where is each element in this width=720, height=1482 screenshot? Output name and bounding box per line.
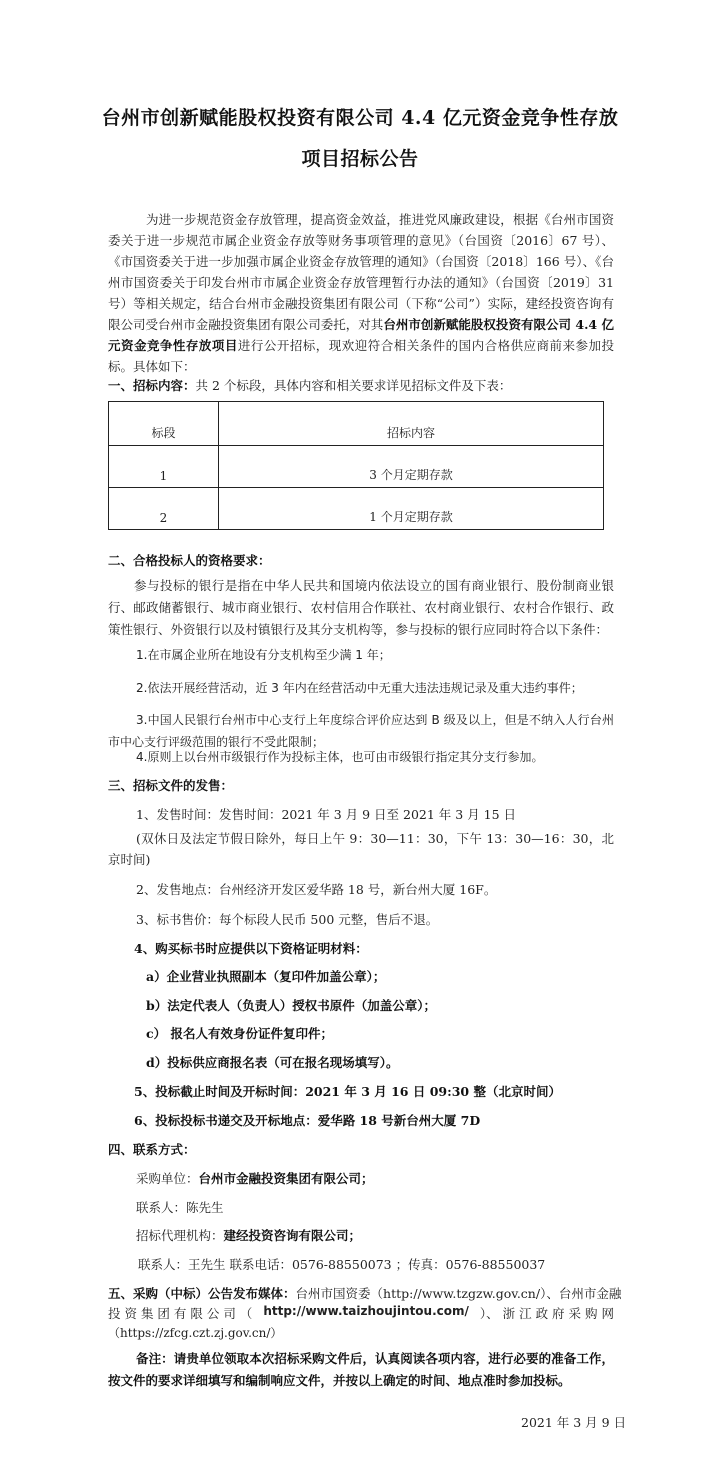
agent-contact: 联系人：王先生 联系电话：0576-88550073 ；传真：0576-8855…: [138, 1255, 545, 1273]
intro-paragraph: 为进一步规范资金存放管理，提高资金效益，推进党风廉政建设，根据《台州市国资委关于…: [108, 209, 614, 377]
table-row: 1 3 个月定期存款: [109, 446, 604, 488]
agent: 招标代理机构：建经投资咨询有限公司；: [136, 1226, 361, 1244]
sale-time: 1、发售时间：发售时间：2021 年 3 月 9 日至 2021 年 3 月 1…: [136, 805, 516, 823]
note-paragraph: 备注：请贵单位领取本次招标采购文件后，认真阅读各项内容，进行必要的准备工作，按文…: [108, 1348, 614, 1392]
title-line-1: 台州市创新赋能股权投资有限公司 4.4 亿元资金竞争性存放: [100, 103, 620, 130]
table-cell: 2: [109, 488, 219, 530]
media-text: ）、 浙 江 政 府 采 购 网: [480, 1304, 614, 1322]
title-line-2: 项目招标公告: [100, 144, 620, 171]
material-item: a）企业营业执照副本（复印件加盖公章）；: [146, 967, 385, 985]
section-5-line-1: 五、采购（中标）公告发布媒体：台州市国资委（http://www.tzgzw.g…: [108, 1284, 621, 1302]
intro-lead: 为进一步规范资金存放管理，提高资金效益，推进党风廉政建设，根据《台州市国资委关于…: [108, 212, 614, 332]
announcement-page: 台州市创新赋能股权投资有限公司 4.4 亿元资金竞争性存放 项目招标公告 为进一…: [0, 0, 720, 1482]
media-url-link[interactable]: http://www.taizhoujintou.com/: [263, 1304, 469, 1322]
section-4-heading: 四、联系方式：: [108, 1140, 196, 1158]
section-3-heading: 三、招标文件的发售：: [108, 776, 233, 794]
buyer-unit: 采购单位：台州市金融投资集团有限公司；: [136, 1169, 374, 1187]
table-header-row: 标段 招标内容: [109, 402, 604, 446]
table-cell: 3 个月定期存款: [219, 446, 604, 488]
section-1-heading: 一、招标内容：: [108, 378, 196, 393]
materials-heading: 4、购买标书时应提供以下资格证明材料：: [134, 939, 368, 957]
sale-place: 2、发售地点：台州经济开发区爱华路 18 号，新台州大厦 16F。: [136, 880, 496, 898]
material-item: c） 报名人有效身份证件复印件；: [146, 1024, 333, 1042]
requirement-item: 2.依法开展经营活动，近 3 年内在经营活动中无重大违法违规记录及重大违约事件；: [136, 679, 583, 696]
requirement-item: 1.在市属企业所在地设有分支机构至少满 1 年；: [136, 646, 391, 663]
table-row: 2 1 个月定期存款: [109, 488, 604, 530]
section-5-heading: 五、采购（中标）公告发布媒体：: [108, 1286, 296, 1301]
document-price: 3、标书售价：每个标段人民币 500 元整，售后不退。: [136, 910, 438, 928]
buyer-name: 台州市金融投资集团有限公司；: [199, 1171, 374, 1186]
requirement-item: 3.中国人民银行台州市中心支行上年度综合评价应达到 B 级及以上，但是不纳入人行…: [108, 709, 614, 753]
requirement-item: 4.原则上以台州市级银行作为投标主体，也可由市级银行指定其分支行参加。: [136, 748, 543, 765]
material-item: b）法定代表人（负责人）授权书原件（加盖公章）；: [146, 996, 436, 1014]
bid-deadline: 5、投标截止时间及开标时间：2021 年 3 月 16 日 09:30 整（北京…: [134, 1082, 561, 1100]
section-2-heading: 二、合格投标人的资格要求：: [108, 551, 271, 569]
media-list: 台州市国资委（http://www.tzgzw.gov.cn/）、台州市金融: [296, 1286, 622, 1301]
bid-location: 6、投标投标书递交及开标地点：爱华路 18 号新台州大厦 7D: [134, 1111, 480, 1129]
section-5-line-2: 投 资 集 团 有 限 公 司 （ http://www.taizhoujint…: [108, 1304, 614, 1322]
section-2-intro: 参与投标的银行是指在中华人民共和国境内依法设立的国有商业银行、股份制商业银行、邮…: [108, 575, 614, 641]
material-item: d）投标供应商报名表（可在报名现场填写）。: [146, 1053, 399, 1071]
sale-hours: (双休日及法定节假日除外，每日上午 9：30—11：30，下午 13：30—16…: [108, 828, 614, 870]
section-1-text: 共 2 个标段，具体内容和相关要求详见招标文件及下表：: [196, 378, 512, 393]
buyer-label: 采购单位：: [136, 1171, 199, 1186]
media-url-zfcg[interactable]: （https://zfcg.czt.zj.gov.cn/）: [108, 1324, 282, 1341]
agent-label: 招标代理机构：: [136, 1228, 224, 1243]
table-cell: 1: [109, 446, 219, 488]
agent-name: 建经投资咨询有限公司；: [224, 1228, 362, 1243]
table-header-cell: 标段: [109, 402, 219, 446]
table-header-cell: 招标内容: [219, 402, 604, 446]
buyer-contact: 联系人：陈先生: [136, 1198, 224, 1216]
bid-sections-table: 标段 招标内容 1 3 个月定期存款 2 1 个月定期存款: [108, 401, 604, 530]
issue-date: 2021 年 3 月 9 日: [521, 1413, 626, 1431]
media-text: 投 资 集 团 有 限 公 司 （: [108, 1304, 252, 1322]
section-1: 一、招标内容：共 2 个标段，具体内容和相关要求详见招标文件及下表：: [108, 376, 511, 394]
table-cell: 1 个月定期存款: [219, 488, 604, 530]
